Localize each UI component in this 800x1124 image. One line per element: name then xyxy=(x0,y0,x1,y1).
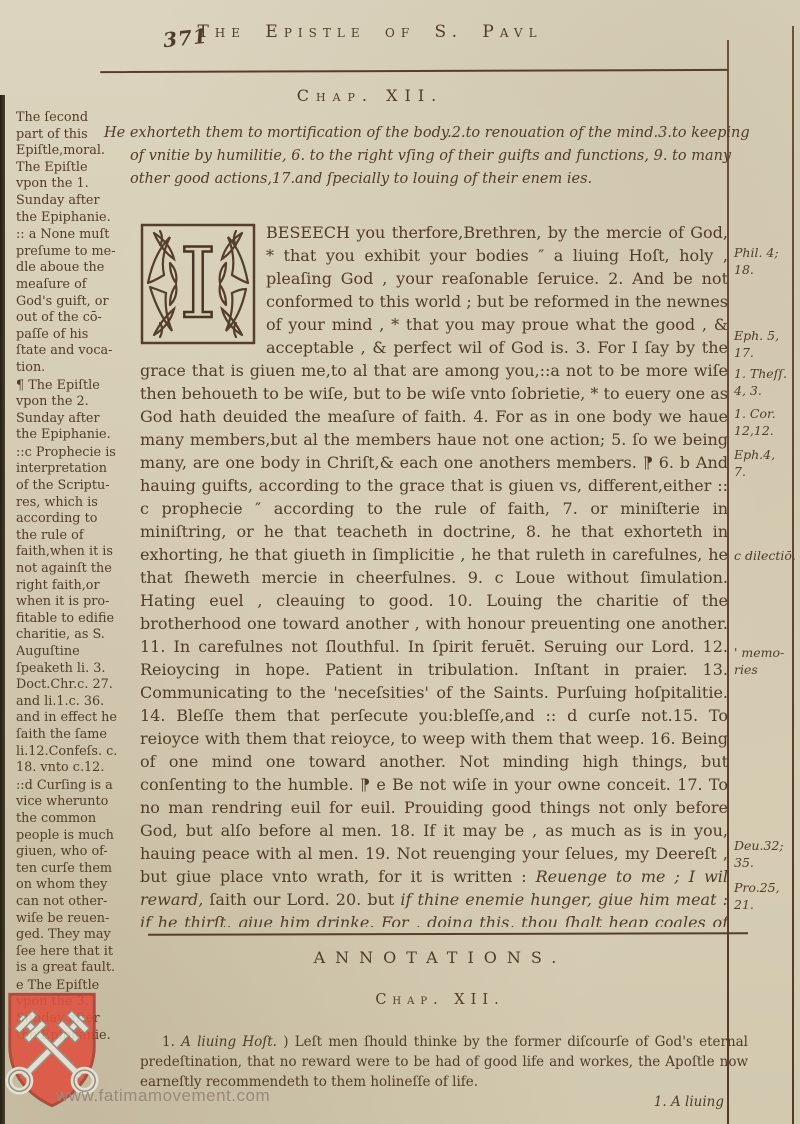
margin-note: ::d Curſing is a vice wherunto the commo… xyxy=(16,778,132,977)
margin-citation: Eph. 5, 17. xyxy=(734,328,796,362)
page-edge-rule xyxy=(792,26,794,1124)
scripture-text-block: I BESEECH you therfore,Brethren, by the … xyxy=(140,221,728,927)
margin-citation: Phil. 4; 18. xyxy=(734,245,796,279)
margin-citation: 1. Theſſ. 4, 3. xyxy=(734,366,796,400)
margin-citation: ' memo- ries xyxy=(734,645,796,679)
drop-cap-letter: I xyxy=(179,228,217,340)
margin-note: The ſecond part of this Epiſtle,moral. T… xyxy=(16,110,132,226)
catchword: 1. A liuing xyxy=(654,1094,724,1110)
margin-note: :: a None muſt preſume to me- dle aboue … xyxy=(16,227,132,376)
annotations-heading: ANNOTATIONS. xyxy=(140,948,740,967)
margin-citation: Pro.25, 21. xyxy=(734,880,796,914)
running-title: The Epistle of S. Pavl xyxy=(60,22,680,42)
margin-citation: 1. Cor. 12,12. xyxy=(734,406,796,440)
header-rule xyxy=(100,69,728,73)
margin-citation: Eph.4, 7. xyxy=(734,447,796,481)
chapter-argument: He exhorteth them to mortification of th… xyxy=(104,122,758,192)
margin-note: ¶ The Epiſtle vpon the 2. Sunday after t… xyxy=(16,378,132,444)
watermark-url: www.fatimamovement.com xyxy=(56,1086,270,1106)
annotations-rule xyxy=(148,932,748,936)
watermark: www.fatimamovement.com xyxy=(2,990,402,1120)
scanned-book-page: 371 The Epistle of S. Pavl Chap. XII. He… xyxy=(0,0,800,1124)
chapter-heading: Chap. XII. xyxy=(60,86,680,105)
woodcut-initial-I: I xyxy=(140,223,256,345)
margin-citation: c dilectiō. xyxy=(734,548,796,565)
margin-note: ::c Prophecie is interpretation of the S… xyxy=(16,445,132,777)
margin-citation: Deu.32; 35. xyxy=(734,838,796,872)
scan-edge-left xyxy=(0,95,5,1124)
left-margin-notes: The ſecond part of this Epiſtle,moral. T… xyxy=(16,110,132,1045)
